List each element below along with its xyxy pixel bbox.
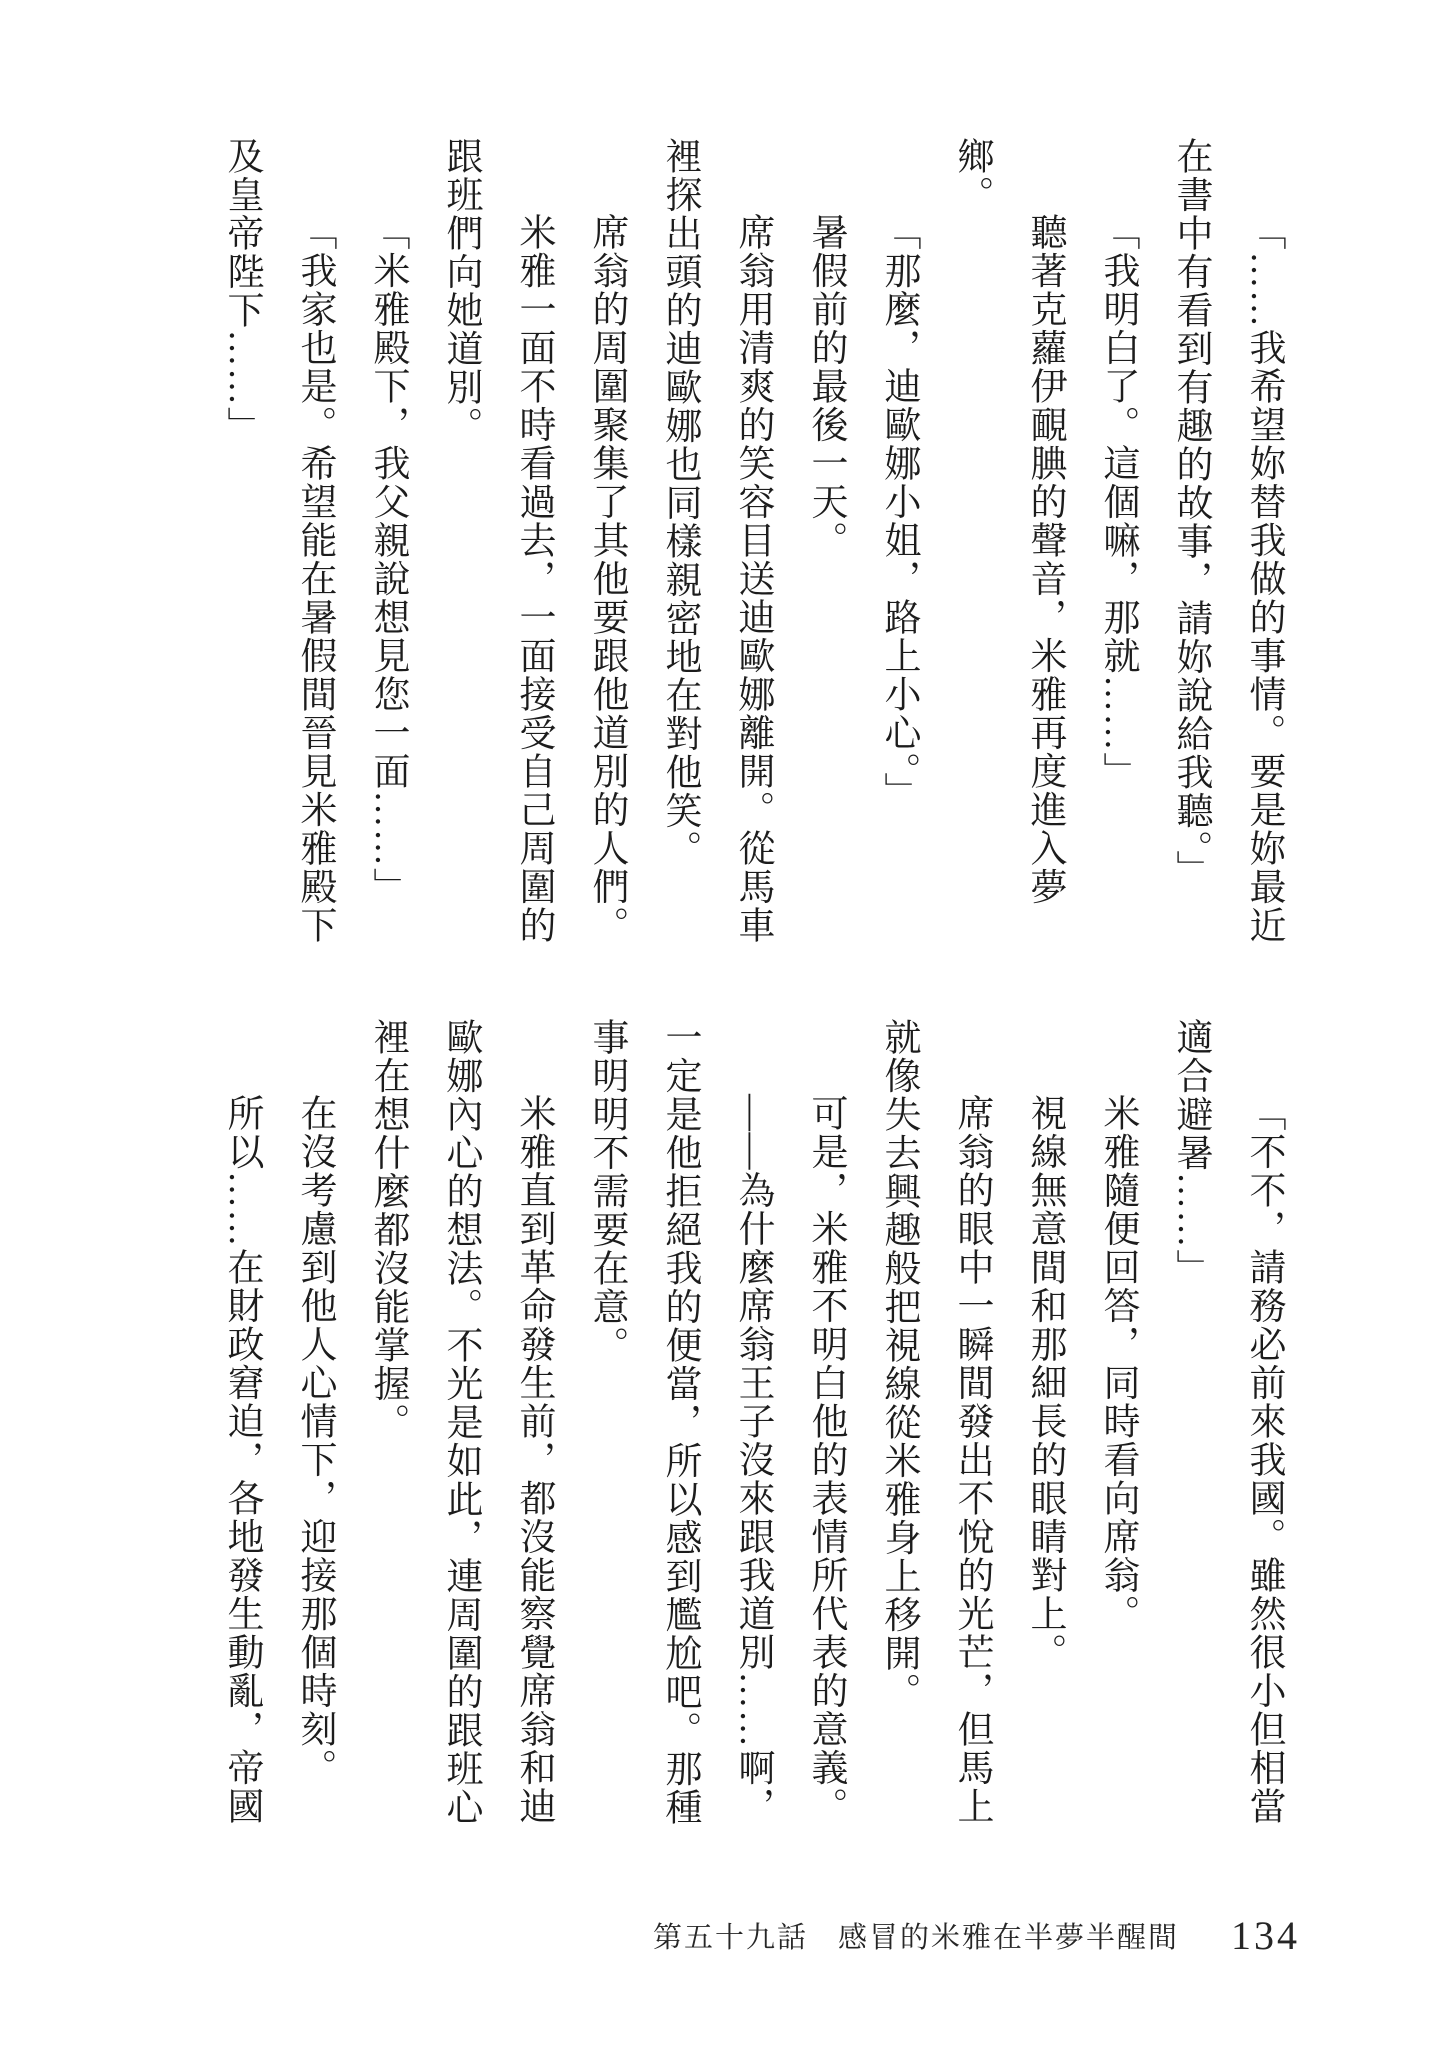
text-block-top: 「……我希望妳替我做的事情。要是妳最近在書中有看到有趣的故事，請妳說給我聽。」「… xyxy=(205,137,1300,955)
text-column: 跟班們向她道別。 xyxy=(424,137,497,955)
page-footer: 第五十九話 感冒的米雅在半夢半醒間 134 xyxy=(653,1912,1300,1959)
text-column: 米雅直到革命發生前，都沒能察覺席翁和迪 xyxy=(497,1018,570,1850)
text-column: 席翁的眼中一瞬間發出不悅的光芒，但馬上 xyxy=(935,1018,1008,1850)
text-column: 席翁用清爽的笑容目送迪歐娜離開。從馬車 xyxy=(716,137,789,955)
text-column: 米雅一面不時看過去，一面接受自己周圍的 xyxy=(497,137,570,955)
text-column: 視線無意間和那細長的眼睛對上。 xyxy=(1008,1018,1081,1850)
text-column: 在書中有看到有趣的故事，請妳說給我聽。」 xyxy=(1154,137,1227,955)
book-page: 「……我希望妳替我做的事情。要是妳最近在書中有看到有趣的故事，請妳說給我聽。」「… xyxy=(0,0,1440,2048)
text-column: 所以……在財政窘迫，各地發生動亂，帝國 xyxy=(205,1018,278,1850)
text-column: 「……我希望妳替我做的事情。要是妳最近 xyxy=(1227,137,1300,955)
text-column: 鄉。 xyxy=(935,137,1008,955)
text-column: 裡探出頭的迪歐娜也同樣親密地在對他笑。 xyxy=(643,137,716,955)
text-block-bottom: 「不不，請務必前來我國。雖然很小但相當適合避暑……」米雅隨便回答，同時看向席翁。… xyxy=(205,1018,1300,1850)
text-column: 裡在想什麼都沒能掌握。 xyxy=(351,1018,424,1850)
text-column: ——為什麼席翁王子沒來跟我道別……啊， xyxy=(716,1018,789,1850)
text-column: 聽著克蘿伊靦腆的聲音，米雅再度進入夢 xyxy=(1008,137,1081,955)
text-column: 暑假前的最後一天。 xyxy=(789,137,862,955)
text-column: 米雅隨便回答，同時看向席翁。 xyxy=(1081,1018,1154,1850)
chapter-number: 第五十九話 xyxy=(653,1915,808,1956)
text-column: 「那麼，迪歐娜小姐，路上小心。」 xyxy=(862,137,935,955)
text-column: 席翁的周圍聚集了其他要跟他道別的人們。 xyxy=(570,137,643,955)
page-number: 134 xyxy=(1231,1912,1300,1959)
text-column: 可是，米雅不明白他的表情所代表的意義。 xyxy=(789,1018,862,1850)
text-column: 「不不，請務必前來我國。雖然很小但相當 xyxy=(1227,1018,1300,1850)
text-column: 就像失去興趣般把視線從米雅身上移開。 xyxy=(862,1018,935,1850)
text-column: 適合避暑……」 xyxy=(1154,1018,1227,1850)
text-column: 「我家也是。希望能在暑假間晉見米雅殿下 xyxy=(278,137,351,955)
text-column: 在沒考慮到他人心情下，迎接那個時刻。 xyxy=(278,1018,351,1850)
text-column: 事明明不需要在意。 xyxy=(570,1018,643,1850)
text-column: 歐娜內心的想法。不光是如此，連周圍的跟班心 xyxy=(424,1018,497,1850)
text-column: 「我明白了。這個嘛，那就……」 xyxy=(1081,137,1154,955)
text-column: 一定是他拒絕我的便當，所以感到尷尬吧。那種 xyxy=(643,1018,716,1850)
chapter-title: 感冒的米雅在半夢半醒間 xyxy=(838,1915,1179,1956)
text-column: 及皇帝陛下……」 xyxy=(205,137,278,955)
text-column: 「米雅殿下，我父親說想見您一面……」 xyxy=(351,137,424,955)
